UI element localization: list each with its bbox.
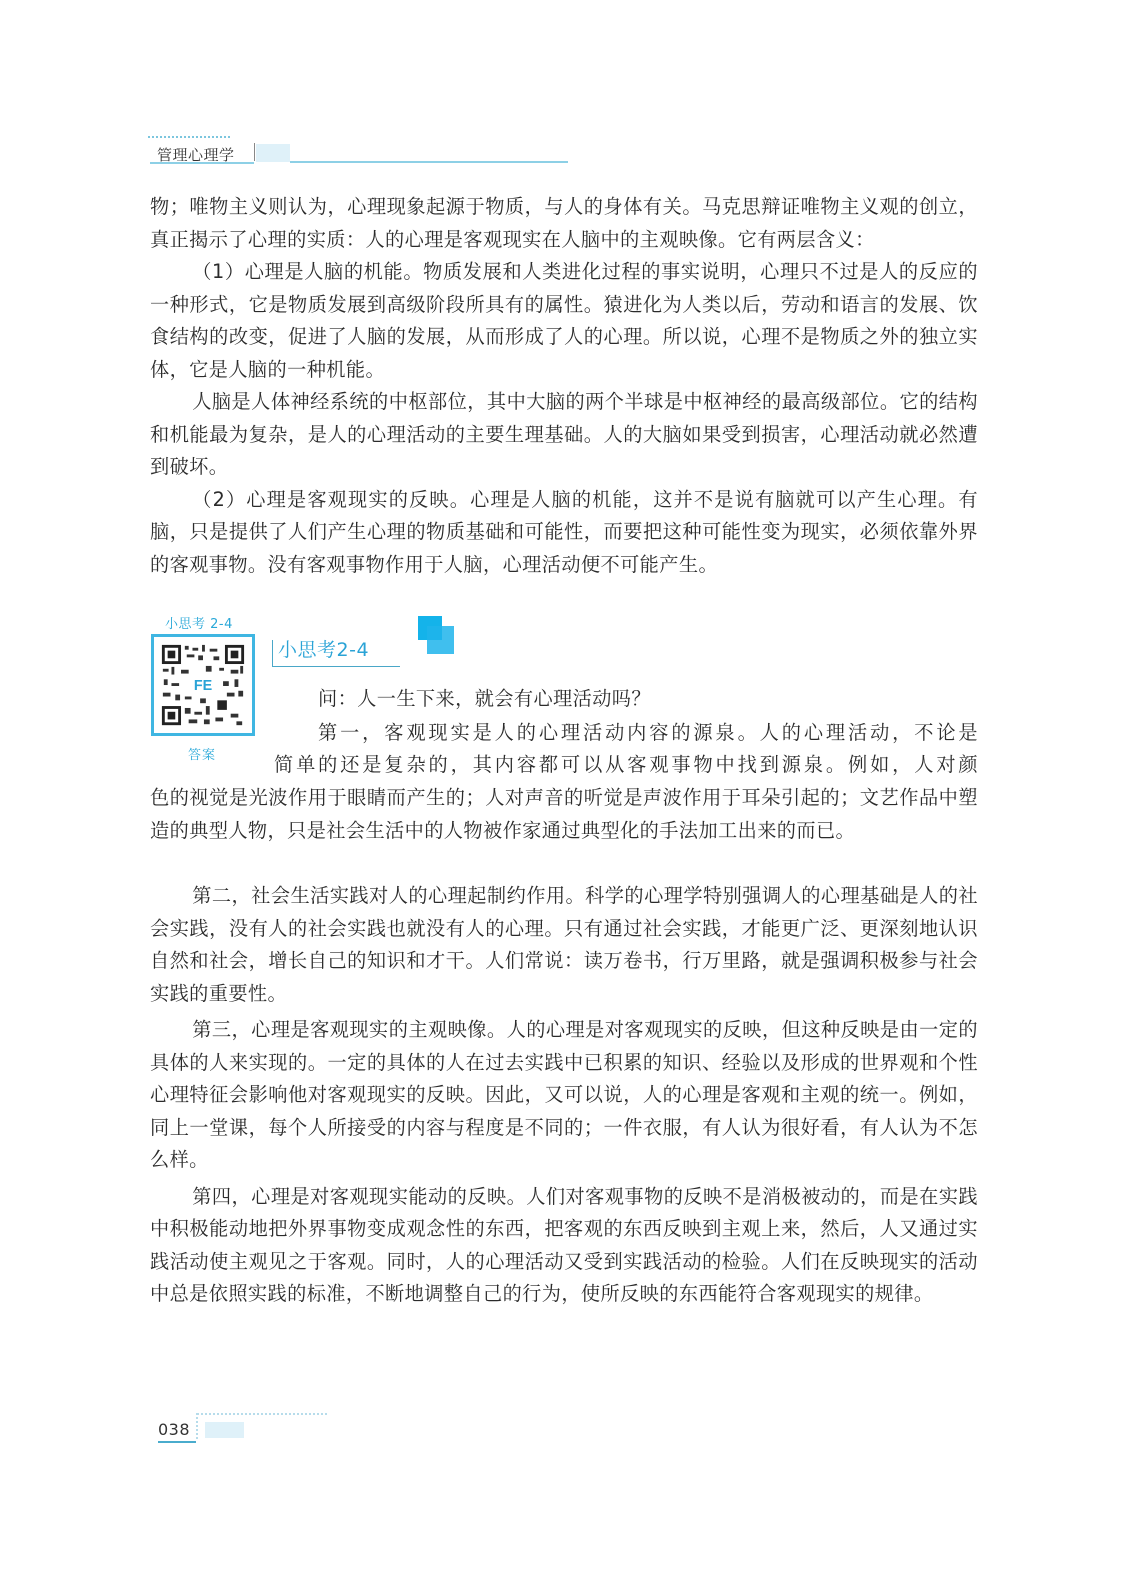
paragraph: （2）心理是客观现实的反映。心理是人脑的机能，这并不是说有脑就可以产生心理。有脑… bbox=[150, 484, 978, 582]
body-text-bottom: 第二，社会生活实践对人的心理起制约作用。科学的心理学特别强调人的心理基础是人的社… bbox=[150, 880, 978, 1311]
think-box-answer-rest: 色的视觉是光波作用于眼睛而产生的；人对声音的听觉是声波作用于耳朵引起的；文艺作品… bbox=[150, 782, 978, 847]
header-decor-box bbox=[256, 144, 290, 162]
think-box-left-rule bbox=[272, 640, 273, 666]
qr-code[interactable]: FE bbox=[151, 634, 255, 736]
think-box-underline bbox=[272, 666, 400, 667]
footer-decor-box bbox=[205, 1422, 244, 1438]
think-box-answer-line: 第一，客观现实是人的心理活动内容的源泉。人的心理活动，不论是 bbox=[318, 717, 978, 750]
body-text-top: 物；唯物主义则认为，心理现象起源于物质，与人的身体有关。马克思辩证唯物主义观的创… bbox=[150, 191, 978, 581]
paragraph: 人脑是人体神经系统的中枢部位，其中大脑的两个半球是中枢神经的最高级部位。它的结构… bbox=[150, 386, 978, 484]
paragraph: 物；唯物主义则认为，心理现象起源于物质，与人的身体有关。马克思辩证唯物主义观的创… bbox=[150, 191, 978, 256]
page-number-underline bbox=[158, 1441, 196, 1443]
think-box-title: 小思考2-4 bbox=[278, 635, 369, 662]
qr-caption: 小思考 2-4 bbox=[165, 613, 233, 632]
qr-code-pattern-icon: FE bbox=[160, 643, 246, 727]
footer-dotted-vertical bbox=[196, 1413, 198, 1439]
footer-dotted-rule bbox=[197, 1413, 327, 1415]
paragraph: 第四，心理是对客观现实能动的反映。人们对客观事物的反映不是消极被动的，而是在实践… bbox=[150, 1181, 978, 1311]
page-number: 038 bbox=[158, 1420, 190, 1439]
header-separator bbox=[254, 143, 255, 161]
paragraph: 第二，社会生活实践对人的心理起制约作用。科学的心理学特别强调人的心理基础是人的社… bbox=[150, 880, 978, 1010]
paragraph: 第三，心理是客观现实的主观映像。人的心理是对客观现实的反映，但这种反映是由一定的… bbox=[150, 1014, 978, 1177]
header-rule bbox=[290, 161, 568, 163]
qr-answer-label: 答案 bbox=[188, 744, 216, 763]
svg-text:FE: FE bbox=[194, 678, 212, 694]
think-box-question: 问：人一生下来，就会有心理活动吗？ bbox=[318, 683, 978, 716]
header-dotted-rule bbox=[148, 136, 230, 138]
header-title-underline bbox=[150, 162, 254, 164]
think-box-answer-line: 简单的还是复杂的，其内容都可以从客观事物中找到源泉。例如，人对颜 bbox=[274, 749, 978, 782]
paragraph: （1）心理是人脑的机能。物质发展和人类进化过程的事实说明，心理只不过是人的反应的… bbox=[150, 256, 978, 386]
decor-square-icon bbox=[427, 626, 454, 654]
